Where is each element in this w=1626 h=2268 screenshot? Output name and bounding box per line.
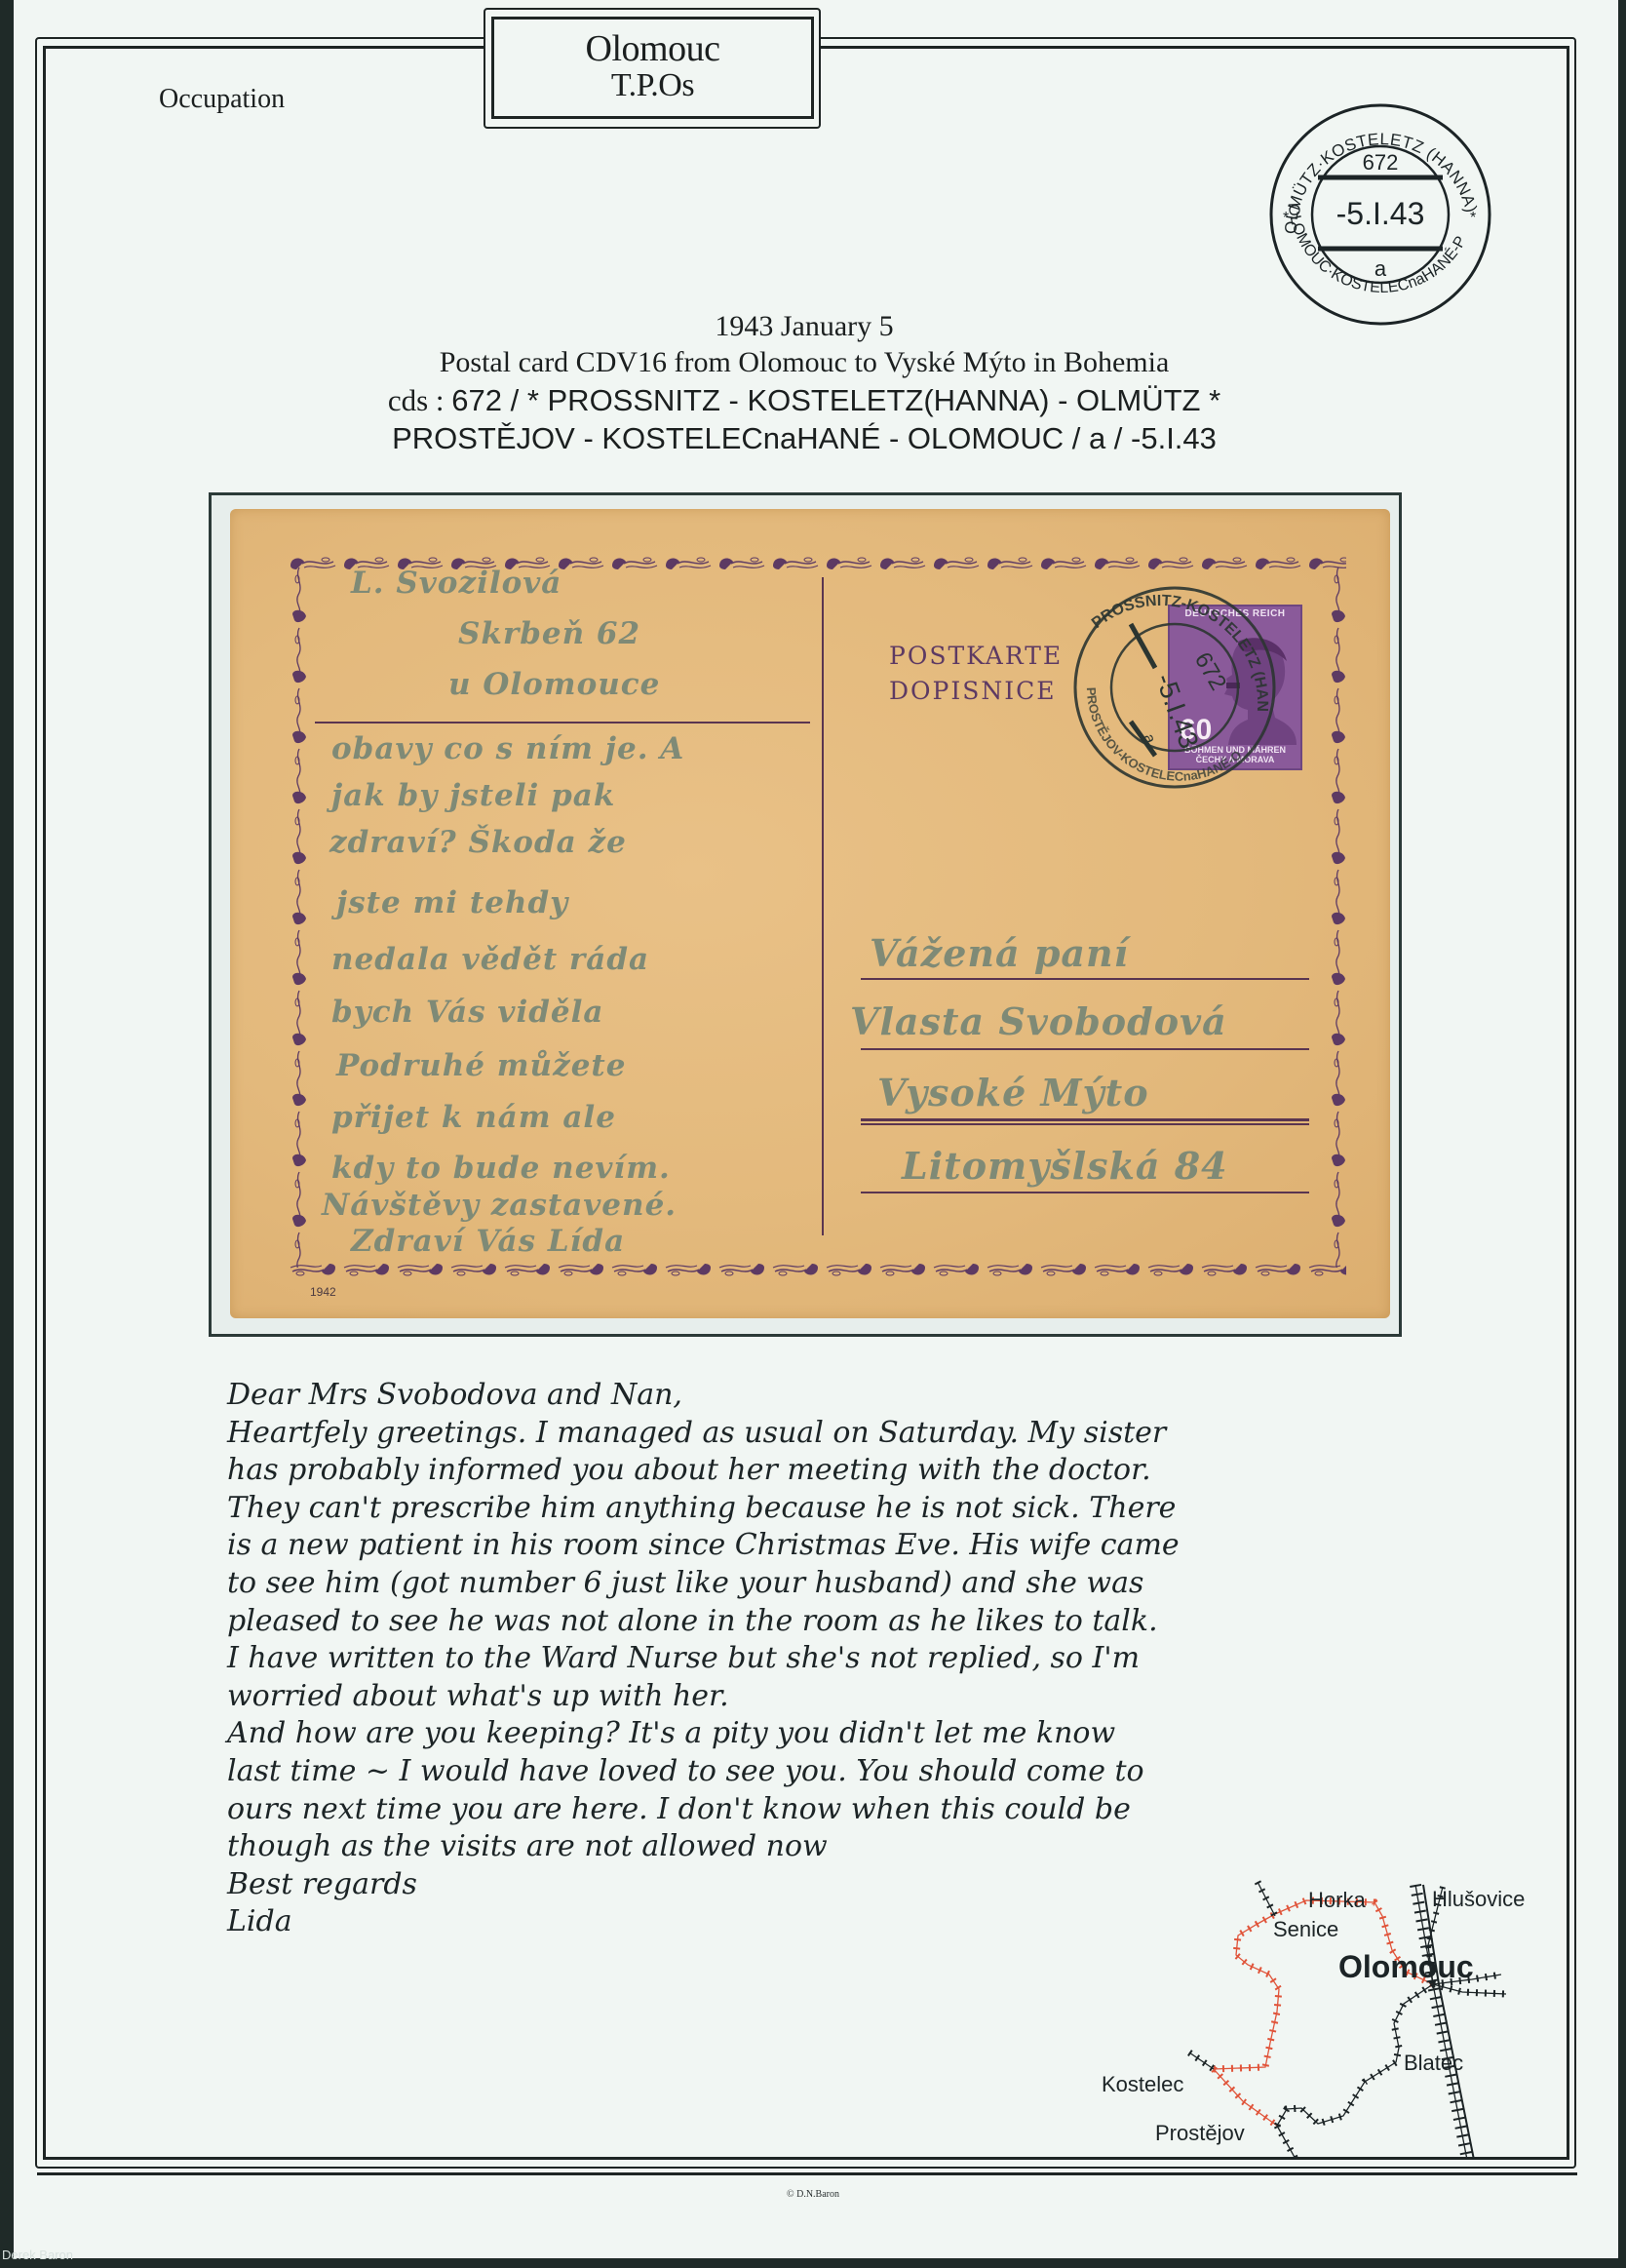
title-box-inner: Olomouc T.P.Os xyxy=(491,17,814,119)
sender-line: L. Svozilová xyxy=(351,566,561,601)
cds-number: 672 xyxy=(1363,150,1399,175)
message-line: Zdraví Vás Lída xyxy=(351,1224,625,1259)
map-label-blatec: Blatec xyxy=(1404,2051,1463,2075)
frame-bottom-rule xyxy=(37,2172,1577,2175)
map-label-senice: Senice xyxy=(1273,1917,1338,1941)
translation-line: worried about what's up with her. xyxy=(227,1678,1436,1716)
message-line: jak by jsteli pak xyxy=(331,778,615,813)
card-divider xyxy=(822,577,824,1235)
map-label-prostejov: Prostějov xyxy=(1155,2121,1245,2145)
translation-line: I have written to the Ward Nurse but she… xyxy=(227,1640,1436,1678)
address-rule-1 xyxy=(861,978,1309,980)
message-line: bych Vás viděla xyxy=(331,995,603,1030)
cds-index: a xyxy=(1374,256,1387,281)
railway-map: Horka Hlušovice Senice Olomouc Blatec Ko… xyxy=(1082,1857,1550,2160)
address-line: Vlasta Svobodová xyxy=(850,999,1227,1043)
translation-line: has probably informed you about her meet… xyxy=(227,1452,1436,1490)
caption-date: 1943 January 5 xyxy=(195,310,1413,343)
title-box: Olomouc T.P.Os xyxy=(484,8,821,129)
caption-description: Postal card CDV16 from Olomouc to Vyské … xyxy=(195,346,1413,379)
caption-cds-text1: 672 / * PROSSNITZ - KOSTELETZ(HANNA) - O… xyxy=(451,383,1220,417)
section-label: Occupation xyxy=(159,84,285,115)
message-line: kdy to bude nevím. xyxy=(331,1151,671,1186)
map-label-olomouc: Olomouc xyxy=(1338,1949,1474,1984)
cds-illustration: OLMÜTZ·KOSTELETZ (HANNA) - PROSSNITZ OLO… xyxy=(1250,98,1511,332)
message-line: Návštěvy zastavené. xyxy=(322,1188,677,1223)
address-rule-2 xyxy=(861,1048,1309,1050)
imprint-year: 1942 xyxy=(310,1285,336,1299)
page-title: Olomouc xyxy=(494,29,811,68)
translation-line: to see him (got number 6 just like your … xyxy=(227,1565,1436,1603)
map-label-hlusovice: Hlušovice xyxy=(1432,1887,1525,1911)
translation-line: And how are you keeping? It's a pity you… xyxy=(227,1715,1436,1753)
card-heading-de: POSTKARTE xyxy=(889,639,1063,674)
map-label-horka: Horka xyxy=(1308,1888,1366,1912)
address-line: Vysoké Mýto xyxy=(877,1071,1149,1114)
caption-cds-line2: PROSTĚJOV - KOSTELECnaHANÉ - OLOMOUC / a… xyxy=(195,421,1413,456)
postmark-number: 672 xyxy=(1189,648,1231,695)
copyright: © D.N.Baron xyxy=(0,2189,1626,2200)
caption-cds-prefix: cds : xyxy=(388,383,445,417)
page-subtitle: T.P.Os xyxy=(494,68,811,103)
cds-date: -5.I.43 xyxy=(1336,196,1425,231)
message-line: Podruhé můžete xyxy=(336,1048,626,1083)
message-line: nedala vědět ráda xyxy=(331,942,649,977)
message-line: jste mi tehdy xyxy=(336,885,568,920)
translation-line: pleased to see he was not alone in the r… xyxy=(227,1603,1436,1641)
watermark: Derek Baron xyxy=(2,2248,73,2262)
cds-star-right: * xyxy=(1470,210,1476,226)
translation-line: ours next time you are here. I don't kno… xyxy=(227,1791,1436,1829)
sender-line: Skrbeň 62 xyxy=(458,616,640,651)
cds-star-left: * xyxy=(1283,210,1289,226)
border-ornament-right xyxy=(1328,566,1349,1268)
postmark: PROSSNITZ-KOSTELETZ (HANNA) PROSTĚJOV-KO… xyxy=(1048,561,1292,804)
translation-line: They can't prescribe him anything becaus… xyxy=(227,1490,1436,1528)
address-line: Vážená paní xyxy=(870,931,1129,975)
address-rule-3b xyxy=(861,1123,1309,1125)
address-rule-4 xyxy=(861,1192,1309,1193)
address-line: Litomyšlská 84 xyxy=(902,1144,1228,1188)
address-rule-3 xyxy=(861,1118,1309,1121)
message-line: přijet k nám ale xyxy=(331,1100,616,1135)
sender-line: u Olomouce xyxy=(448,667,660,702)
border-ornament-left xyxy=(289,566,310,1268)
sender-rule xyxy=(315,722,810,723)
card-heading-cz: DOPISNICE xyxy=(889,674,1063,709)
card-heading: POSTKARTE DOPISNICE xyxy=(889,639,1063,709)
translation-line: Dear Mrs Svobodova and Nan, xyxy=(227,1377,1436,1415)
message-line: zdraví? Škoda že xyxy=(329,825,627,860)
map-label-kostelec: Kostelec xyxy=(1102,2072,1183,2096)
message-line: obavy co s ním je. A xyxy=(331,731,684,766)
translation-line: is a new patient in his room since Chris… xyxy=(227,1527,1436,1565)
translation-line: Heartfely greetings. I managed as usual … xyxy=(227,1415,1436,1453)
border-ornament-bottom xyxy=(289,1258,1346,1279)
translation-line: last time ~ I would have loved to see yo… xyxy=(227,1753,1436,1791)
caption-cds-line1: cds : 672 / * PROSSNITZ - KOSTELETZ(HANN… xyxy=(195,383,1413,418)
